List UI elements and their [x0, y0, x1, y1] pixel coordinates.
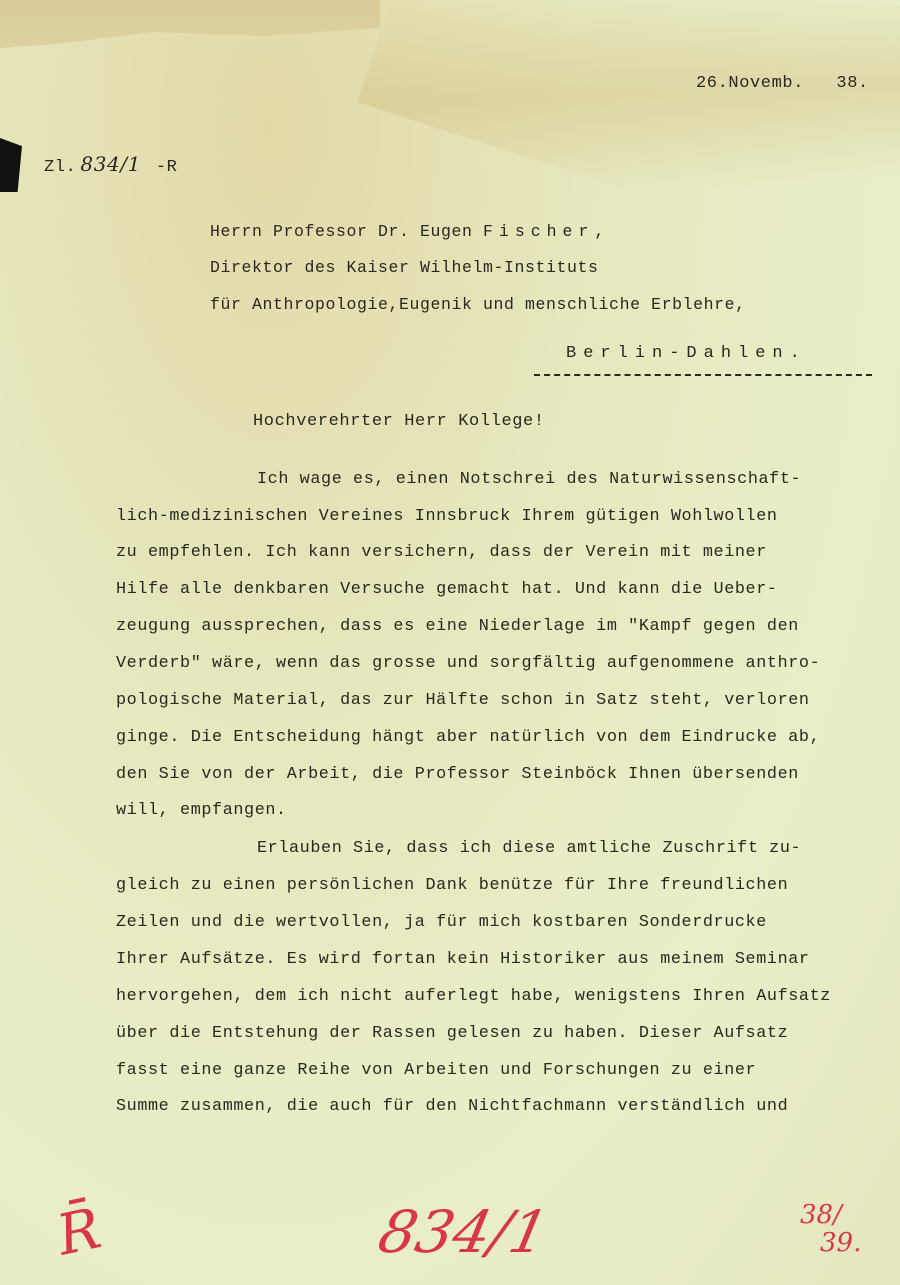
- body-line: pologische Material, das zur Hälfte scho…: [116, 691, 810, 710]
- body-line: über die Entstehung der Rassen gelesen z…: [116, 1024, 788, 1043]
- red-fraction-bottom: 39.: [820, 1228, 861, 1258]
- torn-paper-edge: [0, 0, 380, 80]
- body-line: will, empfangen.: [116, 801, 287, 820]
- body-line: gleich zu einen persönlichen Dank benütz…: [116, 876, 788, 895]
- city-underline: [534, 374, 872, 376]
- recipient-city: Berlin-Dahlen.: [566, 344, 807, 363]
- recipient-name-prefix: Herrn Professor Dr. Eugen: [210, 222, 483, 241]
- letter-date: 26.Novemb. 38.: [696, 74, 869, 93]
- red-initial-annotation: R̄: [52, 1196, 107, 1268]
- body-line: zeugung aussprechen, dass es eine Nieder…: [116, 617, 799, 636]
- body-line: Ich wage es, einen Notschrei des Naturwi…: [257, 470, 801, 489]
- body-line: ginge. Die Entscheidung hängt aber natür…: [116, 728, 820, 747]
- red-fraction-top: 38/: [800, 1200, 842, 1230]
- recipient-surname: Fischer: [483, 222, 594, 241]
- body-line: Zeilen und die wertvollen, ja für mich k…: [116, 913, 767, 932]
- binding-tab: [0, 138, 22, 192]
- recipient-title: Direktor des Kaiser Wilhelm-Instituts: [210, 258, 599, 277]
- body-line: hervorgehen, dem ich nicht auferlegt hab…: [116, 987, 831, 1006]
- recipient-name-suffix: ,: [594, 222, 605, 241]
- body-line: Erlauben Sie, dass ich diese amtliche Zu…: [257, 839, 801, 858]
- body-line: Ihrer Aufsätze. Es wird fortan kein Hist…: [116, 950, 810, 969]
- ref-prefix: Zl.: [44, 158, 76, 177]
- body-line: Hilfe alle denkbaren Versuche gemacht ha…: [116, 580, 778, 599]
- body-line: Verderb" wäre, wenn das grosse und sorgf…: [116, 654, 820, 673]
- ref-handwritten-number: 834/1: [80, 152, 141, 176]
- red-file-number-annotation: 834/1: [373, 1198, 555, 1266]
- salutation: Hochverehrter Herr Kollege!: [253, 412, 545, 431]
- body-line: Summe zusammen, die auch für den Nichtfa…: [116, 1097, 788, 1116]
- recipient-name: Herrn Professor Dr. Eugen Fischer,: [210, 222, 605, 241]
- body-line: zu empfehlen. Ich kann versichern, dass …: [116, 543, 767, 562]
- body-line: lich-medizinischen Vereines Innsbruck Ih…: [116, 507, 778, 526]
- ref-suffix: -R: [156, 158, 178, 177]
- reference-number: Zl.834/1 -R: [44, 152, 177, 177]
- body-line: den Sie von der Arbeit, die Professor St…: [116, 765, 799, 784]
- body-line: fasst eine ganze Reihe von Arbeiten und …: [116, 1061, 756, 1080]
- recipient-institute: für Anthropologie,Eugenik und menschlich…: [210, 295, 746, 314]
